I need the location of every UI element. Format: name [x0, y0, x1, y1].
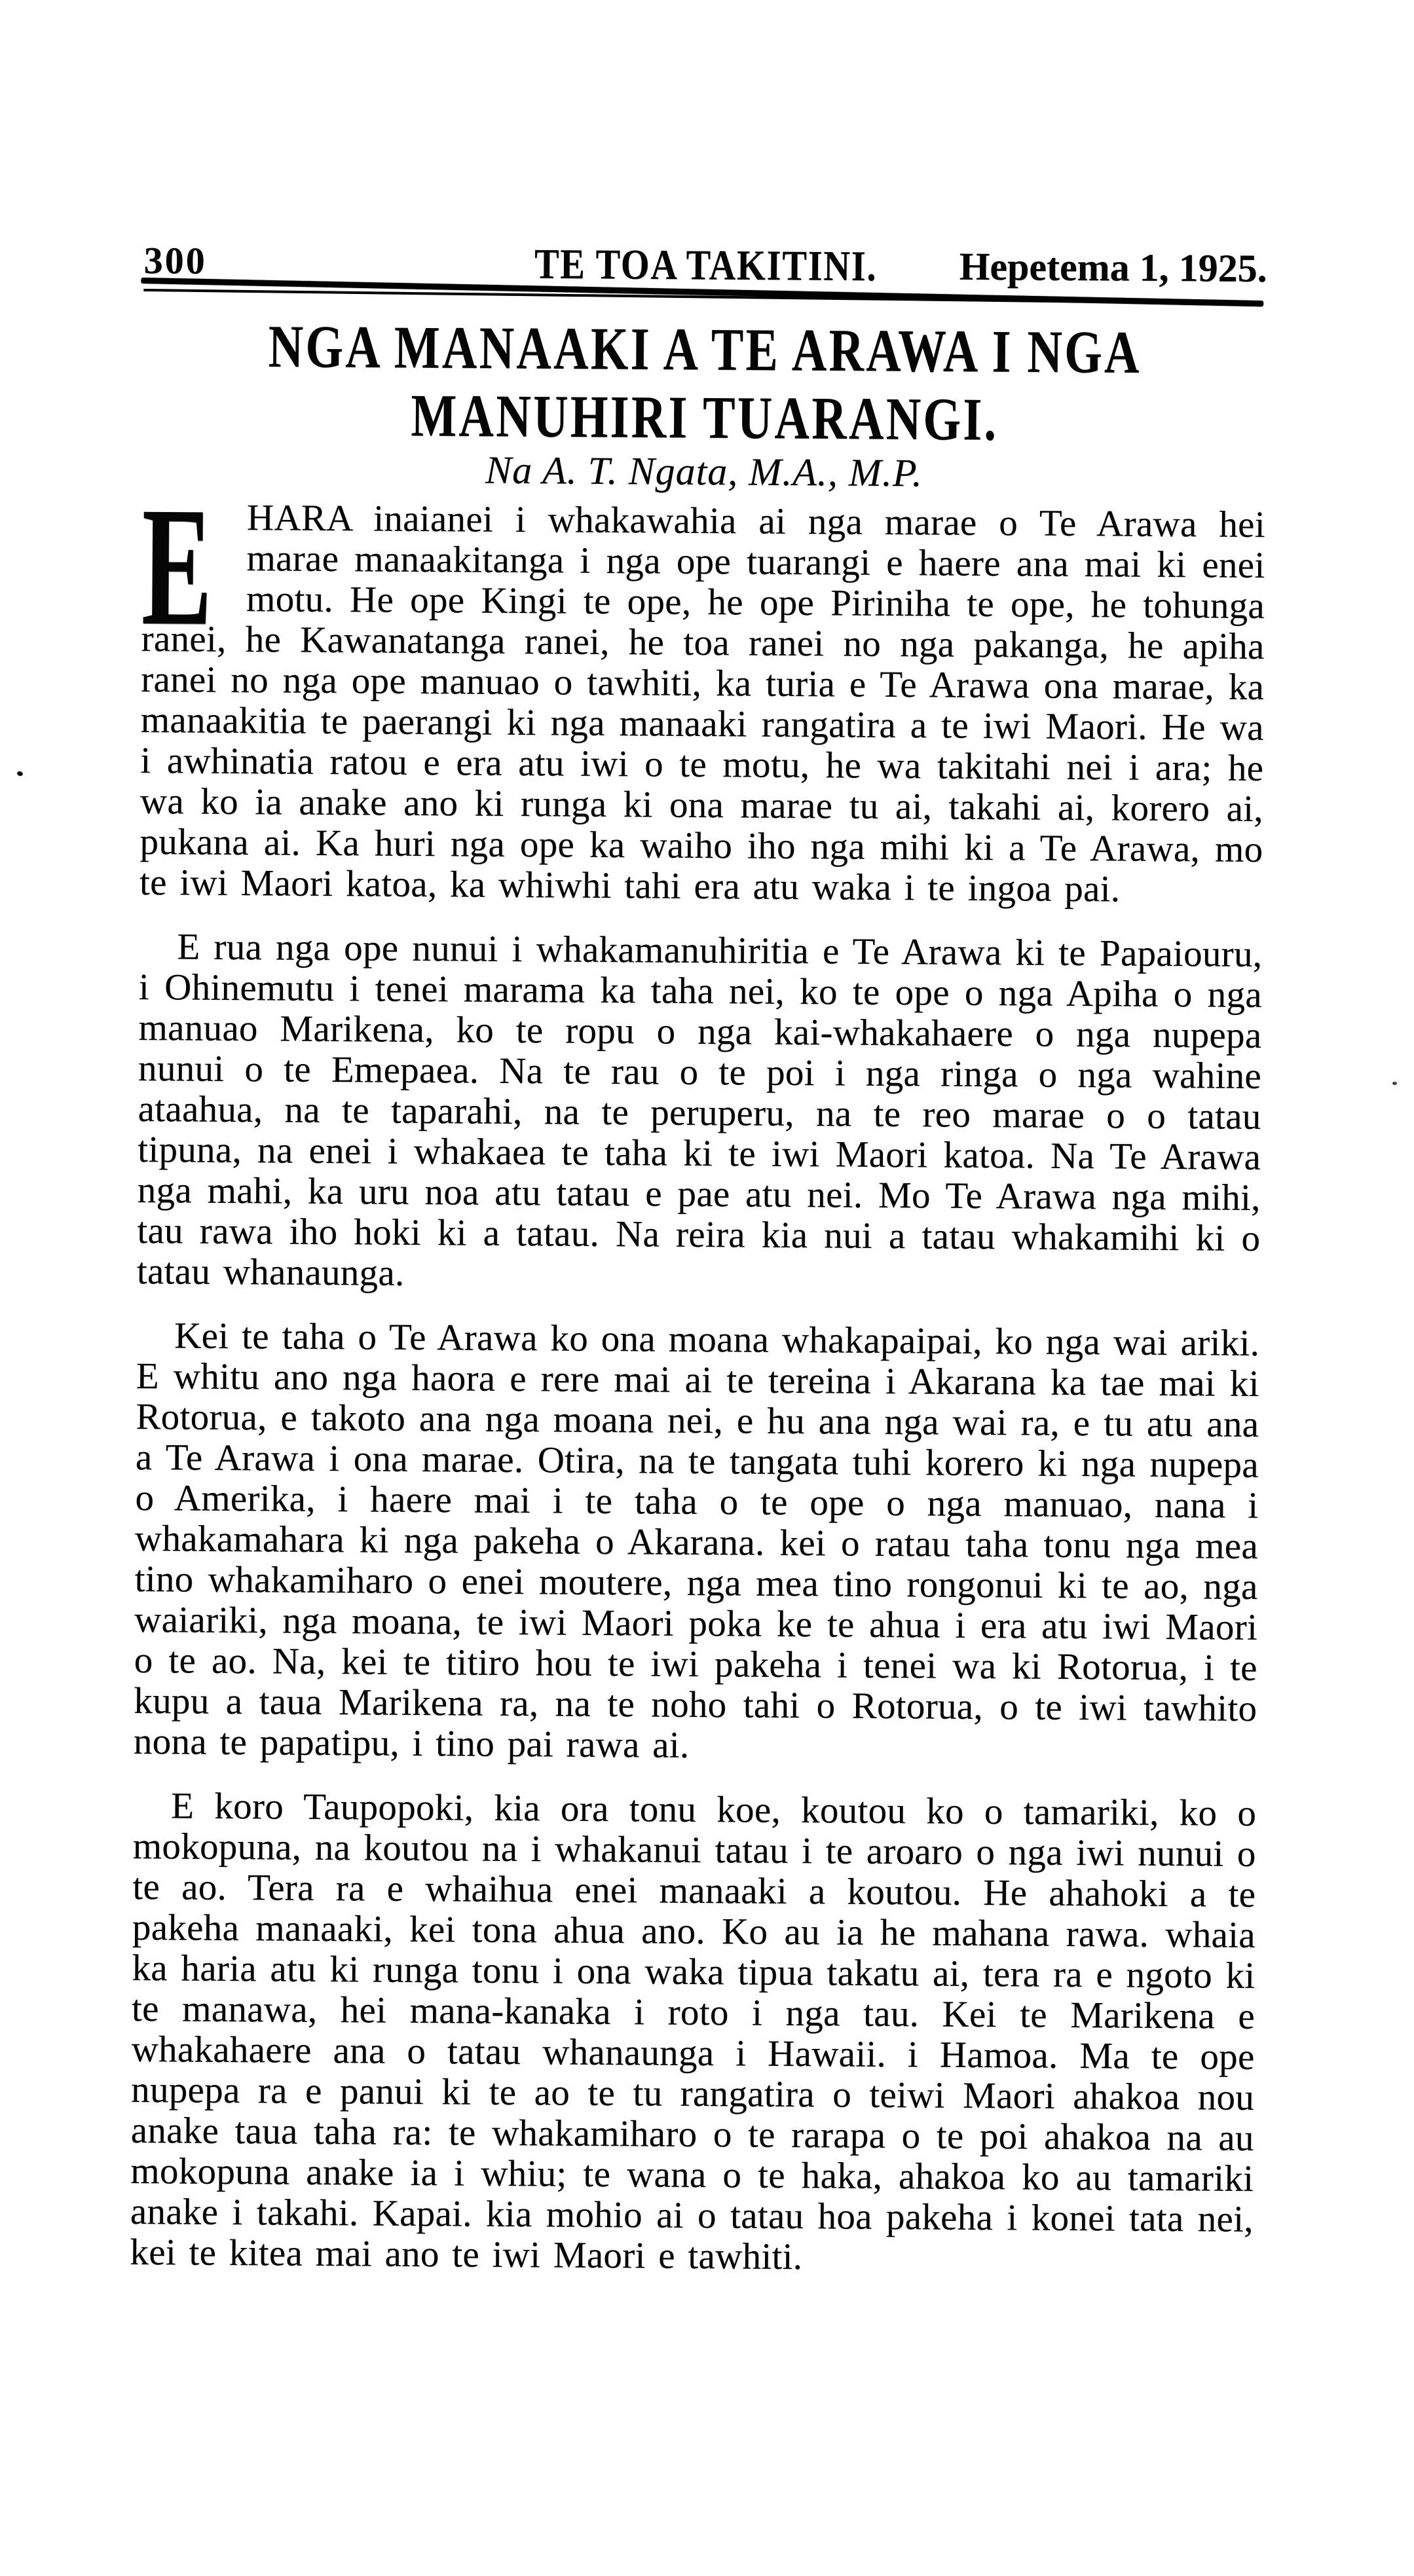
- article-title-text-1: NGA MANAAKI A TE ARAWA I NGA: [268, 312, 1142, 390]
- page-number: 300: [143, 238, 206, 283]
- article-paragraph-2: E rua nga ope nunui i whakamanuhiritia e…: [137, 927, 1263, 1300]
- scan-speck: [1392, 1082, 1397, 1085]
- drop-cap-letter: E: [141, 481, 213, 652]
- article-paragraph-1: EHARA inaianei i whakawahia ai nga marae…: [140, 497, 1265, 911]
- article-paragraph-3: Kei te taha o Te Arawa ko ona moana whak…: [134, 1316, 1260, 1770]
- scanned-newspaper-page: 300 TE TOA TAKITINI. Hepetema 1, 1925. N…: [0, 0, 1414, 2576]
- article-body: EHARA inaianei i whakawahia ai nga marae…: [130, 497, 1265, 2281]
- masthead-title: TE TOA TAKITINI.: [534, 239, 877, 291]
- scan-speck: [770, 367, 773, 369]
- article-title-text-2: MANUHIRI TUARANGI.: [411, 380, 999, 456]
- article-title-line-1: NGA MANAAKI A TE ARAWA I NGA: [143, 312, 1267, 388]
- page-header: 300 TE TOA TAKITINI. Hepetema 1, 1925.: [143, 229, 1267, 299]
- paragraph-text: HARA inaianei i whakawahia ai nga marae …: [140, 497, 1265, 910]
- article-title-line-2: MANUHIRI TUARANGI.: [143, 380, 1267, 456]
- article-paragraph-4: E koro Taupopoki, kia ora tonu koe, kout…: [130, 1786, 1256, 2281]
- page-content: 300 TE TOA TAKITINI. Hepetema 1, 1925. N…: [130, 229, 1267, 2281]
- issue-date: Hepetema 1, 1925.: [959, 244, 1267, 291]
- scan-speck: [16, 771, 24, 777]
- drop-cap: E: [141, 497, 221, 619]
